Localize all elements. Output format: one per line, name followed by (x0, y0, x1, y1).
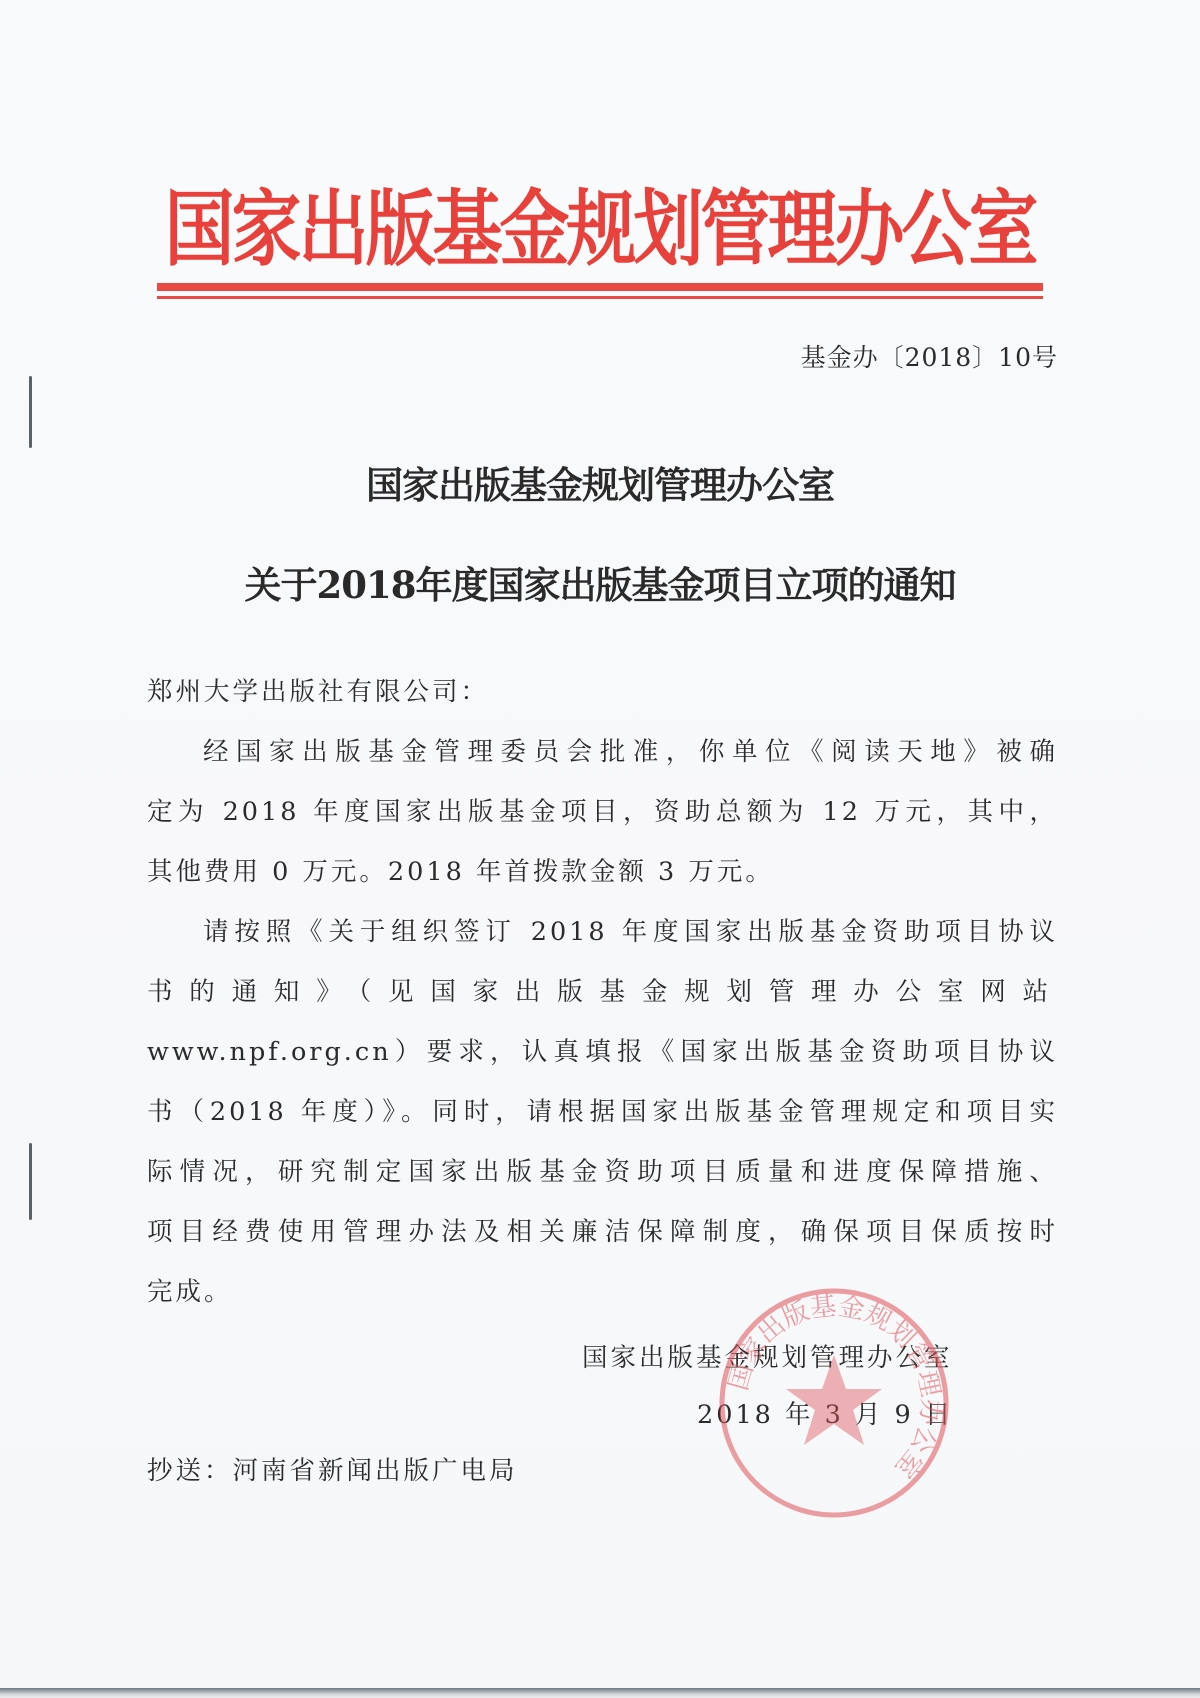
document-page: 国家出版基金规划管理办公室 基金办〔2018〕10号 国家出版基金规划管理办公室… (0, 0, 1200, 1698)
staple-mark-top (29, 376, 32, 448)
staple-mark-bottom (29, 1143, 32, 1220)
letterhead-title: 国家出版基金规划管理办公室 (0, 176, 1200, 282)
body-line: 际情况，研究制定国家出版基金资助项目质量和进度保障措施、 (147, 1152, 1058, 1188)
body-line: 定为 2018 年度国家出版基金项目，资助总额为 12 万元，其中， (147, 792, 1058, 828)
svg-text:国家出版基金规划管理办公室: 国家出版基金规划管理办公室 (724, 1291, 946, 1483)
notice-title-line-2: 关于2018年度国家出版基金项目立项的通知 (0, 555, 1200, 609)
salutation: 郑州大学出版社有限公司： (147, 672, 489, 708)
body-line: 项目经费使用管理办法及相关廉洁保障制度，确保项目保质按时 (147, 1212, 1058, 1248)
notice-title-line-1: 国家出版基金规划管理办公室 (0, 455, 1200, 509)
cc-line: 抄送：河南省新闻出版广电局 (147, 1451, 518, 1487)
body-line: 经国家出版基金管理委员会批准，你单位《阅读天地》被确 (147, 732, 1058, 768)
body-line: 请按照《关于组织签订 2018 年度国家出版基金资助项目协议 (147, 912, 1058, 948)
body-line: 其他费用 0 万元。2018 年首拨款金额 3 万元。 (147, 852, 774, 888)
body-line: 完成。 (147, 1272, 233, 1308)
page-bottom-edge (0, 1688, 1200, 1698)
signoff-date: 2018 年 3 月 9 日 (697, 1395, 953, 1431)
letterhead-rule-thin (157, 296, 1043, 299)
document-number: 基金办〔2018〕10号 (801, 338, 1058, 374)
body-line: 书（2018 年度）》。同时，请根据国家出版基金管理规定和项目实 (147, 1092, 1058, 1128)
body-line: 书的通知》（见国家出版基金规划管理办公室网站 (147, 972, 1058, 1008)
seal-text: 国家出版基金规划管理办公室 (724, 1291, 946, 1483)
signoff-issuer: 国家出版基金规划管理办公室 (582, 1338, 953, 1374)
letterhead-rule-thick (157, 283, 1043, 291)
body-line: www.npf.org.cn）要求，认真填报《国家出版基金资助项目协议 (147, 1032, 1058, 1068)
